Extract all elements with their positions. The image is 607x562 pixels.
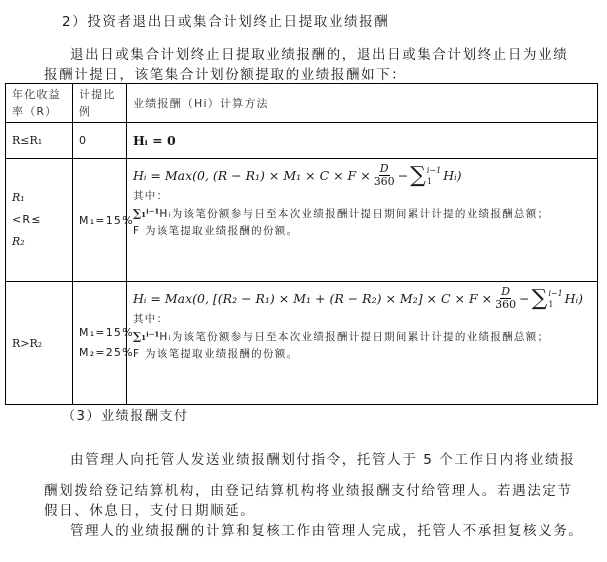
header-annualized-return: 年化收益率（R） (6, 84, 73, 123)
formula-suffix: Hᵢ) (443, 168, 461, 183)
formula-cell: Hᵢ = 0 (127, 123, 598, 159)
header-calculation-method: 业绩报酬（Hi）计算方法 (127, 84, 598, 123)
fraction: D 360 (495, 286, 516, 311)
payment-paragraph-line-4: 管理人的业绩报酬的计算和复核工作由管理人完成，托管人不承担复核义务。 (70, 519, 583, 539)
sum-lower-limit: 1 (548, 299, 562, 310)
summation: ∑ i−11 (532, 288, 563, 310)
payment-paragraph-line-2: 酬划拨给登记结算机构，由登记结算机构将业绩报酬支付给管理人。若遇法定节 (44, 479, 573, 499)
section-2-title: 2）投资者退出日或集合计划终止日提取业绩报酬 (62, 10, 389, 30)
payment-paragraph-line-1: 由管理人向托管人发送业绩报酬划付指令，托管人于 5 个工作日内将业绩报 (70, 448, 575, 468)
performance-fee-table: 年化收益率（R） 计提比例 业绩报酬（Hi）计算方法 R≤R₁ 0 Hᵢ = 0… (5, 83, 598, 405)
summation-icon: ∑ (532, 288, 548, 310)
ratio-m1: M₁=15% (79, 326, 134, 339)
formula-prefix: Hᵢ = Max(0, [(R₂ − R₁) × M₁ + (R − R₂) ×… (133, 291, 492, 306)
fraction: D 360 (374, 163, 395, 188)
note-label: 其中： (133, 188, 597, 205)
note-sum-text: Hᵢ为该笔份额参与日至本次业绩报酬计提日期间累计计提的业绩报酬总额； (159, 208, 549, 220)
sum-upper-limit: i−1 (548, 288, 562, 299)
condition-cell: R₁ <R≤ R₂ (6, 159, 73, 282)
note-f-definition: F 为该笔提取业绩报酬的份额。 (133, 346, 597, 363)
summation-icon: ∑ (410, 165, 426, 187)
sum-inline-symbol: ∑₁ⁱ⁻¹ (133, 207, 159, 220)
header-accrual-ratio: 计提比例 (73, 84, 127, 123)
condition-text: R>R₂ (12, 337, 42, 350)
summation: ∑ i−11 (410, 165, 441, 187)
condition-r1: R₁ (12, 191, 25, 204)
sum-lower-limit: 1 (427, 176, 441, 187)
sum-upper-limit: i−1 (427, 165, 441, 176)
table-row: R≤R₁ 0 Hᵢ = 0 (6, 123, 598, 159)
table-row: R>R₂ M₁=15% M₂=25% Hᵢ = Max(0, [(R₂ − R₁… (6, 282, 598, 405)
formula-prefix: Hᵢ = Max(0, (R − R₁) × M₁ × C × F × (133, 168, 371, 183)
condition-cell: R>R₂ (6, 282, 73, 405)
formula-line: Hᵢ = Max(0, [(R₂ − R₁) × M₁ + (R − R₂) ×… (133, 286, 597, 311)
formula-suffix: Hᵢ) (565, 291, 583, 306)
intro-paragraph-line-2: 报酬计提日，该笔集合计划份额提取的业绩报酬如下： (44, 63, 406, 83)
condition-operator: <R≤ (12, 213, 42, 226)
note-sum-definition: ∑₁ⁱ⁻¹Hᵢ为该笔份额参与日至本次业绩报酬计提日期间累计计提的业绩报酬总额； (133, 205, 597, 223)
formula-text: Hᵢ = 0 (133, 133, 597, 148)
sum-inline-symbol: ∑₁ⁱ⁻¹ (133, 330, 159, 343)
ratio-cell: 0 (73, 123, 127, 159)
intro-paragraph-line-1: 退出日或集合计划终止日提取业绩报酬的，退出日或集合计划终止日为业绩 (70, 43, 568, 63)
formula-cell: Hᵢ = Max(0, (R − R₁) × M₁ × C × F × D 36… (127, 159, 598, 282)
ratio-cell: M₁=15% M₂=25% (73, 282, 127, 405)
condition-text: R≤R₁ (12, 134, 42, 147)
table-row: R₁ <R≤ R₂ M₁=15% Hᵢ = Max(0, (R − R₁) × … (6, 159, 598, 282)
fraction-denominator: 360 (374, 176, 395, 188)
condition-r2: R₂ (12, 235, 25, 248)
condition-cell: R≤R₁ (6, 123, 73, 159)
table-header-row: 年化收益率（R） 计提比例 业绩报酬（Hi）计算方法 (6, 84, 598, 123)
note-sum-definition: ∑₁ⁱ⁻¹Hᵢ为该笔份额参与日至本次业绩报酬计提日期间累计计提的业绩报酬总额； (133, 328, 597, 346)
formula-cell: Hᵢ = Max(0, [(R₂ − R₁) × M₁ + (R − R₂) ×… (127, 282, 598, 405)
note-label: 其中： (133, 311, 597, 328)
fraction-denominator: 360 (495, 299, 516, 311)
note-sum-text: Hᵢ为该笔份额参与日至本次业绩报酬计提日期间累计计提的业绩报酬总额； (159, 331, 549, 343)
ratio-cell: M₁=15% (73, 159, 127, 282)
note-f-definition: F 为该笔提取业绩报酬的份额。 (133, 223, 597, 240)
ratio-m2: M₂=25% (79, 346, 134, 359)
payment-paragraph-line-3: 假日、休息日，支付日期顺延。 (44, 499, 255, 519)
section-3-title: （3）业绩报酬支付 (62, 405, 189, 424)
formula-line: Hᵢ = Max(0, (R − R₁) × M₁ × C × F × D 36… (133, 163, 597, 188)
